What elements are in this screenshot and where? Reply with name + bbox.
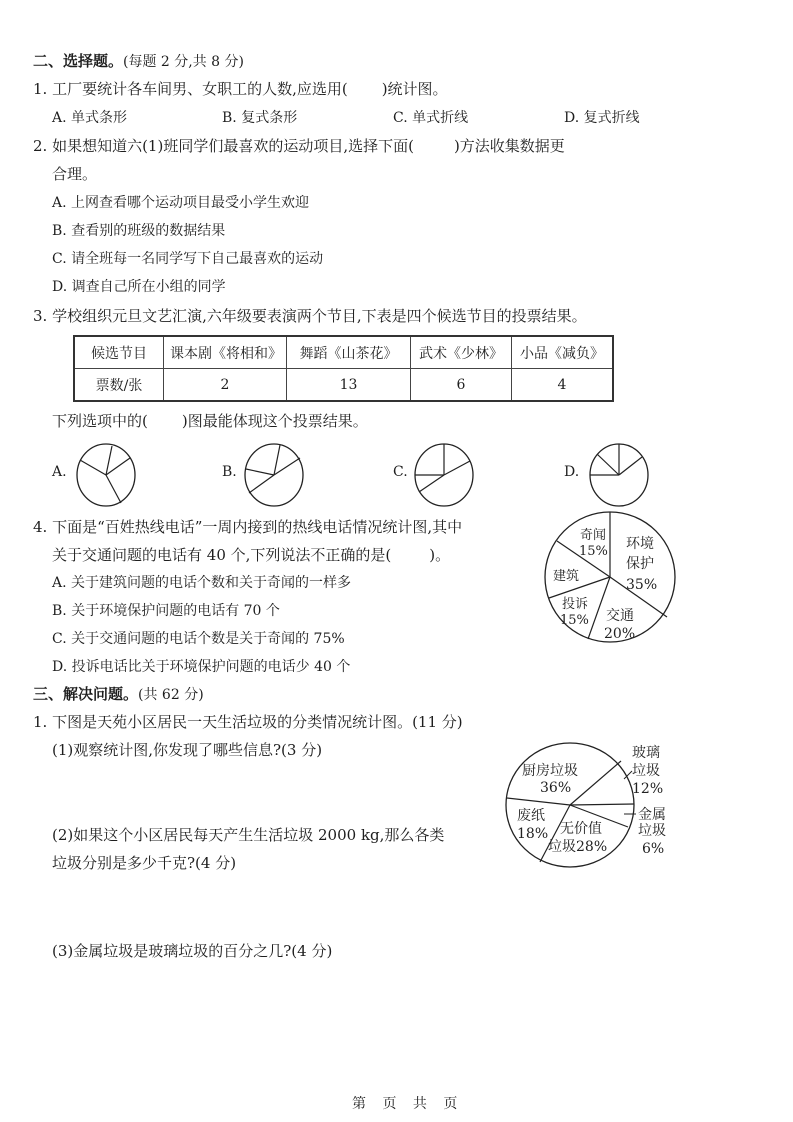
pie-label: 垃圾 — [632, 762, 660, 779]
pie-label: 12% — [632, 781, 663, 797]
question-2-3: 3. 学校组织元旦文艺汇演,六年级要表演两个节目,下表是四个候选节目的投票结果。 — [33, 305, 587, 326]
section-3-note: (共 62 分) — [138, 687, 204, 703]
pie-label: 奇闻 — [580, 527, 606, 543]
page-footer: 第 页 共 页 — [352, 1093, 463, 1113]
pie-option-a[interactable] — [70, 443, 142, 507]
pie-option-label-b: B. — [222, 464, 237, 480]
table-row: 票数/张 2 13 6 4 — [74, 369, 613, 402]
pie-label: 保护 — [626, 555, 654, 572]
table-cell: 4 — [512, 369, 614, 402]
pie-label: 建筑 — [553, 568, 579, 584]
question-text-end: )统计图。 — [382, 80, 448, 98]
pie-label: 36% — [540, 780, 571, 796]
question-prompt: 下列选项中的()图最能体现这个投票结果。 — [52, 410, 368, 431]
option-b: B. 关于环境保护问题的电话有 70 个 — [52, 600, 280, 620]
table-cell: 票数/张 — [74, 369, 164, 402]
question-text: 关于交通问题的电话有 40 个,下列说法不正确的是( — [52, 546, 391, 564]
prompt-text: 下列选项中的( — [52, 412, 148, 430]
pie-label: 无价值 — [560, 820, 602, 837]
pie-label: 6% — [642, 841, 664, 857]
question-2-4: 4. 下面是“百姓热线电话”一周内接到的热线电话情况统计图,其中 — [33, 516, 462, 537]
pie-option-label-a: A. — [52, 464, 67, 480]
pie-label: 厨房垃圾 — [522, 762, 578, 779]
option-a: A. 关于建筑问题的电话个数和关于奇闻的一样多 — [52, 572, 351, 592]
hotline-pie-chart: 奇闻 15% 环境 保护 35% 建筑 投诉 15% 交通 20% — [540, 508, 680, 648]
sub-question-2: (2)如果这个小区居民每天产生生活垃圾 2000 kg,那么各类 — [52, 824, 444, 845]
pie-option-label-d: D. — [564, 464, 579, 480]
table-cell: 课本剧《将相和》 — [164, 336, 287, 369]
question-2-1: 1. 工厂要统计各车间男、女职工的人数,应选用()统计图。 — [33, 78, 448, 99]
pie-label: 投诉 — [562, 596, 588, 612]
option-a: A. 单式条形 — [52, 107, 127, 127]
section-2-heading: 二、选择题。 — [33, 52, 123, 70]
question-text: 2. 如果想知道六(1)班同学们最喜欢的运动项目,选择下面( — [33, 137, 414, 155]
table-cell: 2 — [164, 369, 287, 402]
question-text-end: )方法收集数据更 — [454, 137, 565, 155]
pie-label: 废纸 — [517, 808, 545, 824]
pie-option-b[interactable] — [238, 443, 310, 507]
option-b: B. 查看别的班级的数据结果 — [52, 220, 225, 240]
option-b: B. 复式条形 — [222, 107, 297, 127]
question-3-1: 1. 下图是天苑小区居民一天生活垃圾的分类情况统计图。(11 分) — [33, 711, 463, 732]
pie-label: 20% — [604, 626, 635, 642]
pie-label: 交通 — [606, 608, 634, 624]
sub-question-2-line2: 垃圾分别是多少千克?(4 分) — [52, 852, 236, 873]
question-text-end: )。 — [429, 546, 450, 564]
section-3-title: 三、解决问题。(共 62 分) — [33, 683, 204, 704]
pie-option-label-c: C. — [393, 464, 408, 480]
question-text: 1. 工厂要统计各车间男、女职工的人数,应选用( — [33, 80, 348, 98]
sub-question-3: (3)金属垃圾是玻璃垃圾的百分之几?(4 分) — [52, 940, 332, 961]
pie-label: 35% — [626, 577, 657, 593]
option-c: C. 关于交通问题的电话个数是关于奇闻的 75% — [52, 628, 345, 648]
table-cell: 小品《减负》 — [512, 336, 614, 369]
pie-label: 垃圾 — [638, 822, 666, 839]
table-header-row: 候选节目 课本剧《将相和》 舞蹈《山茶花》 武术《少林》 小品《减负》 — [74, 336, 613, 369]
pie-label: 15% — [560, 613, 589, 628]
pie-option-d[interactable] — [583, 443, 655, 507]
section-3-heading: 三、解决问题。 — [33, 685, 138, 703]
table-cell: 武术《少林》 — [411, 336, 512, 369]
votes-table: 候选节目 课本剧《将相和》 舞蹈《山茶花》 武术《少林》 小品《减负》 票数/张… — [73, 335, 614, 402]
pie-label: 垃圾28% — [548, 838, 607, 855]
pie-label: 玻璃 — [632, 744, 660, 761]
question-text-line2: 关于交通问题的电话有 40 个,下列说法不正确的是()。 — [52, 544, 450, 565]
option-d: D. 投诉电话比关于环境保护问题的电话少 40 个 — [52, 656, 350, 676]
question-2-2: 2. 如果想知道六(1)班同学们最喜欢的运动项目,选择下面()方法收集数据更 — [33, 135, 565, 156]
section-2-note: (每题 2 分,共 8 分) — [123, 54, 244, 70]
garbage-pie-chart: 厨房垃圾 36% 玻璃 垃圾 12% 金属 垃圾 6% 废纸 18% 无价值 垃… — [490, 735, 680, 865]
table-cell: 舞蹈《山茶花》 — [287, 336, 411, 369]
pie-label: 15% — [579, 544, 608, 559]
pie-label: 环境 — [626, 536, 654, 552]
table-cell: 候选节目 — [74, 336, 164, 369]
pie-option-c[interactable] — [408, 443, 480, 507]
option-d: D. 复式折线 — [564, 107, 640, 127]
option-c: C. 单式折线 — [393, 107, 468, 127]
option-d: D. 调查自己所在小组的同学 — [52, 276, 226, 296]
pie-label: 金属 — [638, 807, 666, 823]
prompt-text-end: )图最能体现这个投票结果。 — [182, 412, 368, 430]
pie-label: 18% — [517, 826, 548, 842]
table-cell: 13 — [287, 369, 411, 402]
section-2-title: 二、选择题。(每题 2 分,共 8 分) — [33, 50, 244, 71]
table-cell: 6 — [411, 369, 512, 402]
option-a: A. 上网查看哪个运动项目最受小学生欢迎 — [52, 192, 309, 212]
question-text-line2: 合理。 — [52, 163, 97, 184]
option-c: C. 请全班每一名同学写下自己最喜欢的运动 — [52, 248, 323, 268]
sub-question-1: (1)观察统计图,你发现了哪些信息?(3 分) — [52, 739, 322, 760]
